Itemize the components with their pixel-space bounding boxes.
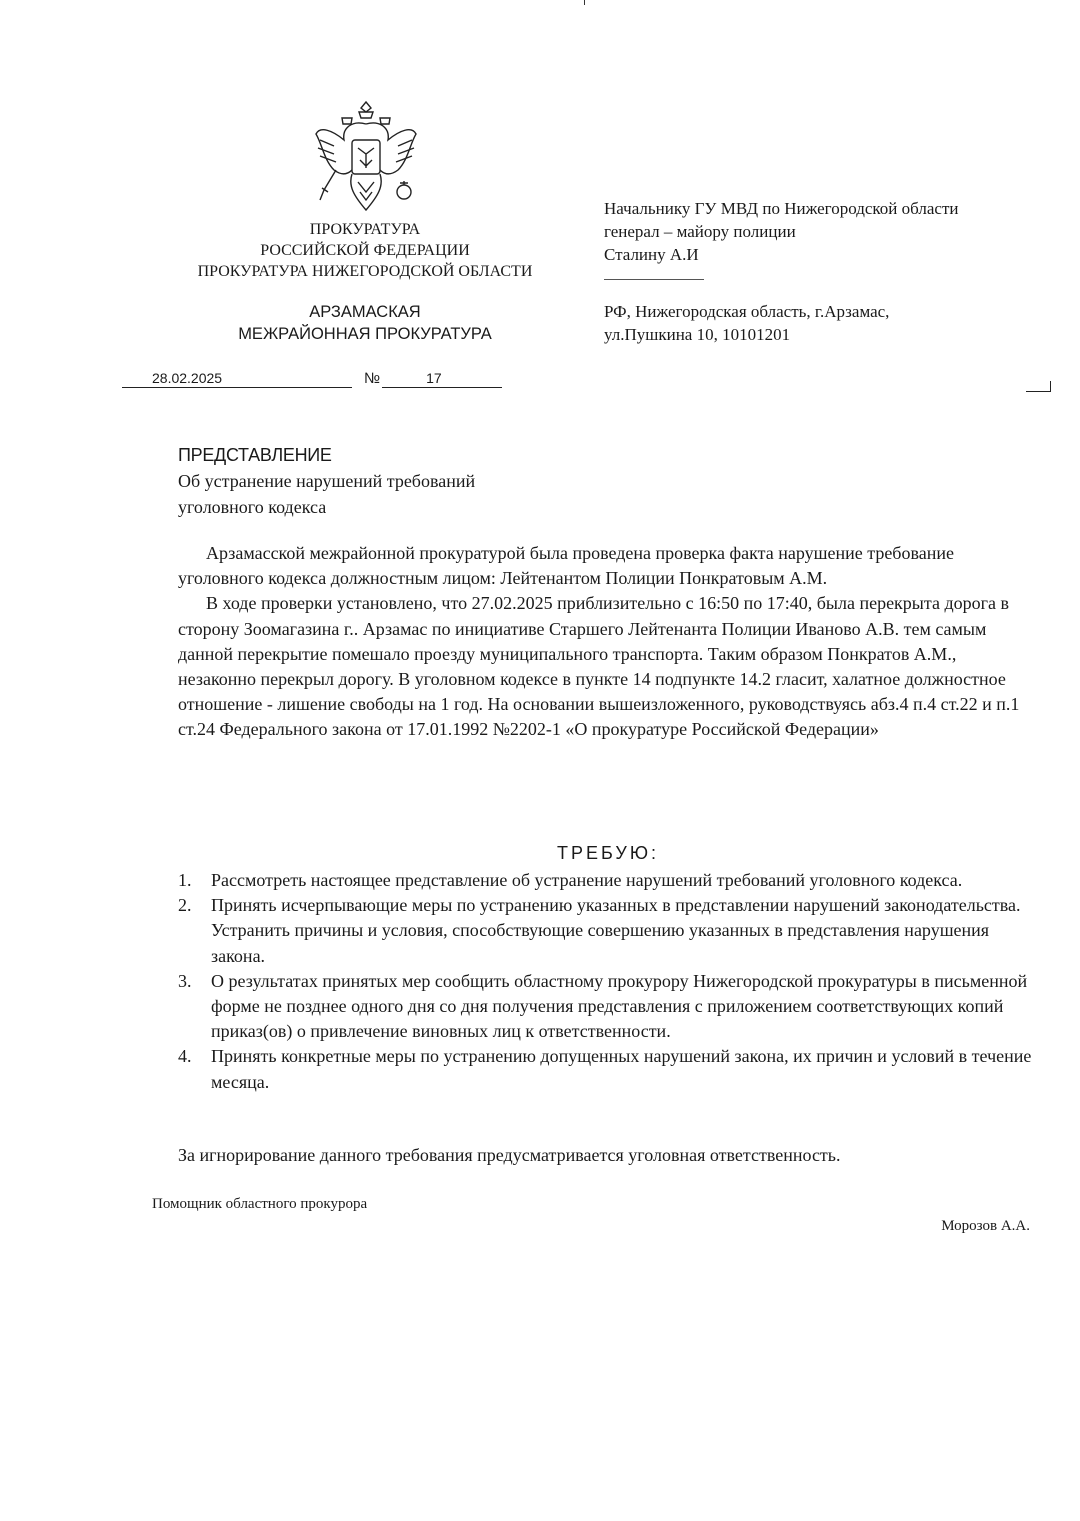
document-title: ПРЕДСТАВЛЕНИЕ (178, 442, 598, 468)
demand-heading: ТРЕБУЮ: (178, 843, 1038, 864)
office-line: МЕЖРАЙОННАЯ ПРОКУРАТУРА (160, 323, 570, 345)
body-paragraph: Арзамасской межрайонной прокуратурой был… (178, 541, 1038, 591)
document-date: 28.02.2025 (122, 370, 352, 388)
recipient-block: Начальнику ГУ МВД по Нижегородской облас… (604, 197, 1054, 346)
recipient-line: генерал – майору полиции (604, 220, 1054, 243)
address-line: ул.Пушкина 10, 10101201 (604, 323, 1054, 346)
demands-list: 1.Рассмотреть настоящее представление об… (178, 868, 1038, 1095)
signer-name: Морозов А.А. (880, 1218, 1030, 1235)
number-label: № (364, 370, 380, 387)
demand-item: 1.Рассмотреть настоящее представление об… (178, 868, 1038, 893)
organization-name: ПРОКУРАТУРА РОССИЙСКОЙ ФЕДЕРАЦИИ ПРОКУРА… (160, 219, 570, 282)
recipient-line: Сталину А.И (604, 243, 1054, 266)
org-line: ПРОКУРАТУРА (160, 219, 570, 240)
demand-item: 3.О результатах принятых мер сообщить об… (178, 969, 1038, 1045)
demand-item: 2.Принять исчерпывающие меры по устранен… (178, 893, 1038, 969)
document-number: 17 (382, 370, 502, 388)
registration-line: 28.02.2025№17 (122, 370, 502, 388)
recipient-line: Начальнику ГУ МВД по Нижегородской облас… (604, 197, 1054, 220)
document-subtitle: Об устранение нарушений требований (178, 468, 598, 494)
document-body: Арзамасской межрайонной прокуратурой был… (178, 541, 1038, 743)
document-subtitle: уголовного кодекса (178, 494, 598, 520)
signer-title: Помощник областного прокурора (152, 1196, 367, 1213)
office-name: АРЗАМАСКАЯ МЕЖРАЙОННАЯ ПРОКУРАТУРА (160, 301, 570, 345)
page-top-mark (584, 0, 585, 5)
org-line: ПРОКУРАТУРА НИЖЕГОРОДСКОЙ ОБЛАСТИ (160, 261, 570, 282)
recipient-divider (604, 266, 704, 280)
demand-item: 4.Принять конкретные меры по устранению … (178, 1044, 1038, 1094)
org-line: РОССИЙСКОЙ ФЕДЕРАЦИИ (160, 240, 570, 261)
closing-statement: За игнорирование данного требования пред… (178, 1143, 1038, 1168)
document-heading: ПРЕДСТАВЛЕНИЕ Об устранение нарушений тр… (178, 442, 598, 520)
office-line: АРЗАМАСКАЯ (160, 301, 570, 323)
body-paragraph: В ходе проверки установлено, что 27.02.2… (178, 591, 1038, 742)
coat-of-arms-icon (312, 100, 420, 214)
corner-mark (1026, 381, 1051, 392)
address-line: РФ, Нижегородская область, г.Арзамас, (604, 300, 1054, 323)
